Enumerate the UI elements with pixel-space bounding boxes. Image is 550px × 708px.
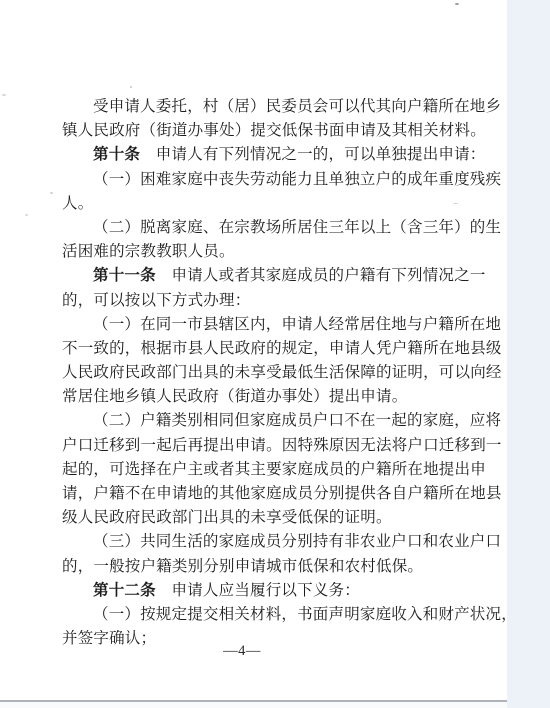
text-line: （三）共同生活的家庭成员分别持有非农业户口和农业户口 (62, 530, 498, 554)
scanned-document-page: 受申请人委托，村（居）民委员会可以代其向户籍所在地乡镇人民政府（街道办事处）提交… (0, 0, 550, 708)
text-line: （一）按规定提交相关材料，书面声明家庭收入和财产状况， (62, 603, 498, 627)
scan-speck (50, 192, 53, 194)
text-line: （二）脱离家庭、在宗教场所居住三年以上（含三年）的生 (62, 216, 498, 240)
text-line: 受申请人委托，村（居）民委员会可以代其向户籍所在地乡 (62, 95, 498, 119)
text-line: 第十一条 申请人或者其家庭成员的户籍有下列情况之一 (62, 264, 498, 288)
page-number: —4— (223, 643, 261, 660)
text-line: （二）户籍类别相同但家庭成员户口不在一起的家庭，应将 (62, 409, 498, 433)
text-line: 起的，可选择在户主或者其主要家庭成员的户籍所在地提出申 (62, 458, 498, 482)
text-line: 活困难的宗教教职人员。 (62, 240, 498, 264)
text-line: 镇人民政府（街道办事处）提交低保书面申请及其相关材料。 (62, 119, 498, 143)
text-line: 的，一般按户籍类别分别申请城市低保和农村低保。 (62, 555, 498, 579)
text-line: 的，可以按以下方式办理： (62, 289, 498, 313)
article-heading: 第十一条 (93, 267, 156, 284)
text-line: （一）在同一市县辖区内，申请人经常居住地与户籍所在地 (62, 313, 498, 337)
article-heading: 第十二条 (93, 582, 156, 599)
scan-speck (130, 86, 132, 88)
text-line: 户口迁移到一起后再提出申请。因特殊原因无法将户口迁移到一 (62, 434, 498, 458)
text-line: 不一致的，根据市县人民政府的规定，申请人凭户籍所在地县级 (62, 337, 498, 361)
text-line: （一）困难家庭中丧失劳动能力且单独立户的成年重度残疾 (62, 168, 498, 192)
article-heading: 第十条 (93, 146, 140, 163)
text-line: 请，户籍不在申请地的其他家庭成员分别提供各自户籍所在地县 (62, 482, 498, 506)
scan-speck (455, 3, 459, 5)
text-block: 受申请人委托，村（居）民委员会可以代其向户籍所在地乡镇人民政府（街道办事处）提交… (62, 95, 498, 651)
text-line: 第十条 申请人有下列情况之一的，可以单独提出申请： (62, 143, 498, 167)
text-line: 级人民政府民政部门出具的未享受低保的证明。 (62, 506, 498, 530)
text-line: 第十二条 申请人应当履行以下义务： (62, 579, 498, 603)
scan-edge-strip (507, 0, 550, 708)
text-line: 并签字确认； (62, 627, 498, 651)
scan-speck (2, 94, 6, 96)
text-line: 人民政府民政部门出具的未享受最低生活保障的证明，可以向经 (62, 361, 498, 385)
text-line: 人。 (62, 192, 498, 216)
text-line: 常居住地乡镇人民政府（街道办事处）提出申请。 (62, 385, 498, 409)
scan-speck (25, 214, 28, 216)
page-bottom-margin (0, 702, 507, 708)
